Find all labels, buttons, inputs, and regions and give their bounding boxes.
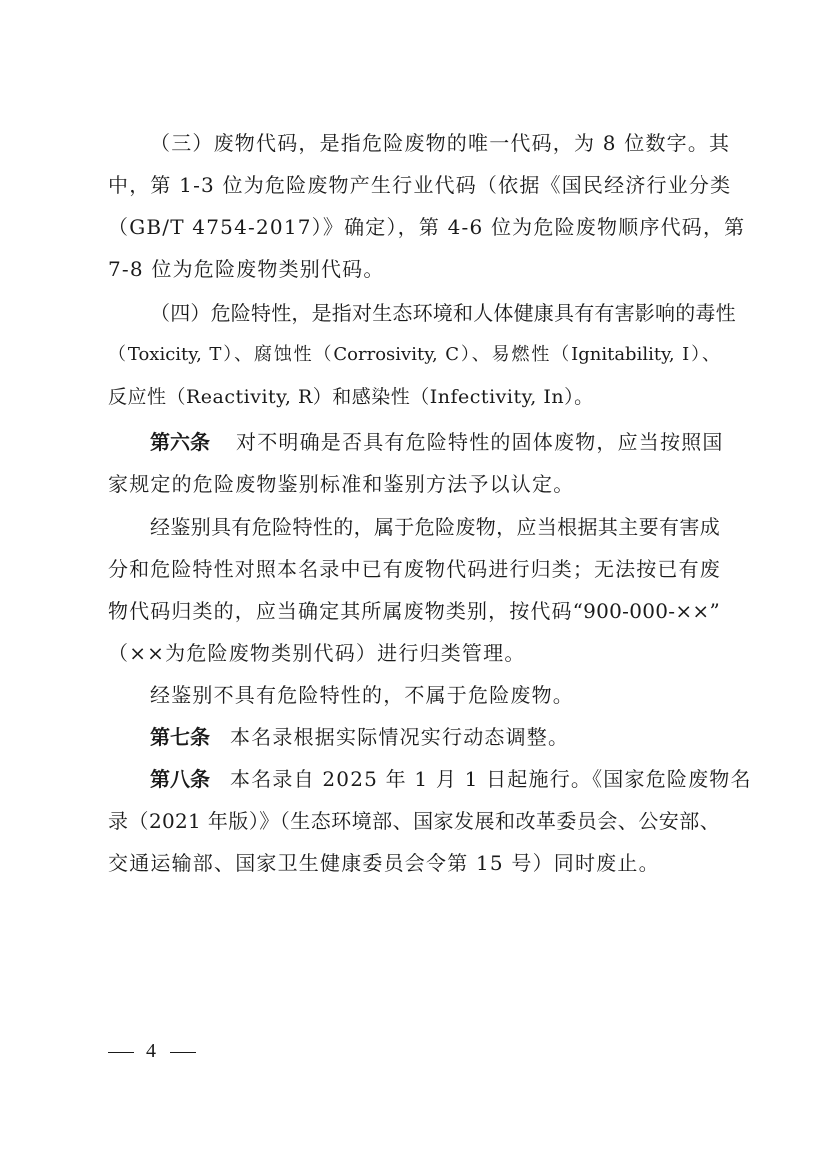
paragraph-line: （GB/T 4754-2017）》确定），第 4-6 位为危险废物顺序代码，第 [108, 213, 720, 241]
paragraph-line: 分和危险特性对照本名录中已有废物代码进行归类；无法按已有废 [108, 555, 720, 583]
paragraph-line: 反应性（Reactivity, R）和感染性（Infectivity, In）。 [108, 383, 720, 411]
article-text: 本名录自 2025 年 1 月 1 日起施行。《国家危险废物名 [230, 767, 752, 791]
paragraph-line: 交通运输部、国家卫生健康委员会令第 15 号）同时废止。 [108, 849, 720, 877]
article-text: 对不明确是否具有危险特性的固体废物，应当按照国 [236, 430, 724, 454]
paragraph-line: （Toxicity, T）、腐蚀性（Corrosivity, C）、易燃性（Ig… [108, 341, 720, 369]
document-page: （三）废物代码，是指危险废物的唯一代码，为 8 位数字。其 中，第 1-3 位为… [0, 0, 826, 1169]
article-heading: 第七条 [150, 725, 210, 749]
paragraph-line: 录（2021 年版）》（生态环境部、国家发展和改革委员会、公安部、 [108, 807, 720, 835]
paragraph-line: （四）危险特性，是指对生态环境和人体健康具有有害影响的毒性 [150, 299, 720, 327]
paragraph-line: 7-8 位为危险废物类别代码。 [108, 255, 720, 283]
paragraph-line: 家规定的危险废物鉴别标准和鉴别方法予以认定。 [108, 470, 720, 498]
paragraph-line: 物代码归类的，应当确定其所属废物类别，按代码“900-000-××” [108, 597, 720, 625]
article-8-line: 第八条本名录自 2025 年 1 月 1 日起施行。《国家危险废物名 [150, 765, 720, 793]
paragraph-line: （××为危险废物类别代码）进行归类管理。 [108, 639, 720, 667]
page-number: 4 [108, 1039, 196, 1063]
article-heading: 第六条 [150, 430, 210, 454]
paragraph-line: （三）废物代码，是指危险废物的唯一代码，为 8 位数字。其 [150, 129, 720, 157]
paragraph-line: 经鉴别具有危险特性的，属于危险废物，应当根据其主要有害成 [150, 513, 720, 541]
page-number-value: 4 [146, 1039, 158, 1063]
article-6-line: 第六条对不明确是否具有危险特性的固体废物，应当按照国 [150, 428, 720, 456]
article-7-line: 第七条本名录根据实际情况实行动态调整。 [150, 723, 720, 751]
dash-icon [170, 1052, 196, 1053]
paragraph-line: 经鉴别不具有危险特性的，不属于危险废物。 [150, 681, 720, 709]
dash-icon [108, 1052, 134, 1053]
paragraph-line: 中，第 1-3 位为危险废物产生行业代码（依据《国民经济行业分类 [108, 171, 720, 199]
article-heading: 第八条 [150, 767, 210, 791]
article-text: 本名录根据实际情况实行动态调整。 [230, 725, 569, 749]
